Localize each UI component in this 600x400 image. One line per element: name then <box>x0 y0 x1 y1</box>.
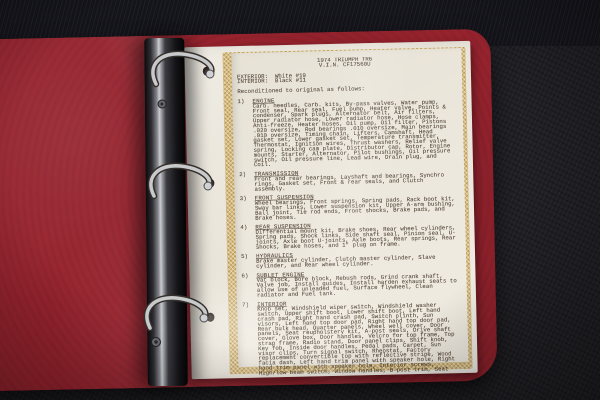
section-body: Knob set, Windshield wiper switch, Winds… <box>257 303 459 376</box>
document-info: EXTERIOR: White #19INTERIOR: Black #11 <box>237 70 453 85</box>
photo-scene: 1974 TRIUMPH TR6 V.I.N. CF17560U EXTERIO… <box>0 0 600 400</box>
section-body: Differential mount kit, Brake shoes, Rea… <box>255 226 456 250</box>
document-section: 2) TRANSMISSION Front and rear bearings,… <box>239 168 455 192</box>
document-section: 6) SUBLET ENGINE Vat block, Bore block, … <box>241 269 458 298</box>
section-body: Carb. needles, Carb. kits, By-pass valve… <box>253 100 455 168</box>
document-section: 3) FRONT SUSPENSION Wheel bearings, Fron… <box>240 192 457 221</box>
binder-ring-middle <box>151 166 212 196</box>
section-body: Vat block, Bore block, Rebush rods, Grin… <box>257 274 458 298</box>
binder-rings <box>128 40 248 380</box>
spine-rivets <box>152 100 167 347</box>
document-sections: 1) ENGINE Carb. needles, Carb. kits, By-… <box>237 95 459 376</box>
document-intro: Reconditioned to original as follows: <box>237 85 453 95</box>
binder-ring-top <box>153 54 214 84</box>
document-section: 1) ENGINE Carb. needles, Carb. kits, By-… <box>237 95 455 168</box>
section-body: Brake master cylinder, Clutch master cyl… <box>256 255 457 269</box>
document-section: 4) REAR SUSPENSION Differential mount ki… <box>240 221 457 250</box>
binder-ring-bottom <box>147 298 208 328</box>
document-text-block: 1974 TRIUMPH TR6 V.I.N. CF17560U EXTERIO… <box>237 55 460 376</box>
section-body: Front and rear bearings, Layshaft and be… <box>254 173 455 192</box>
document-section: 7) INTERIOR Knob set, Windshield wiper s… <box>242 298 460 376</box>
section-body: Wheel bearings, Front springs, Spring pa… <box>255 197 456 221</box>
document-section: 5) HYDRAULICS Brake master cylinder, Clu… <box>241 250 457 270</box>
